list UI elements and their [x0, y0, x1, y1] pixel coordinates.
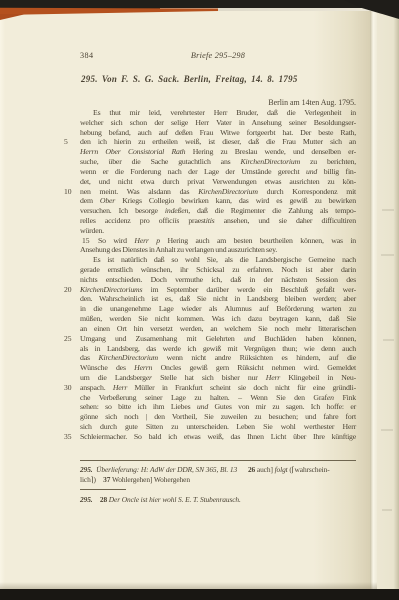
margin-line-number: 20	[64, 285, 77, 295]
letter-line: Herrn Ober Consistorial Rath Hering zu B…	[80, 147, 356, 157]
text-segment: itis	[206, 216, 215, 225]
text-segment: und	[306, 167, 317, 176]
text-segment: auch]	[255, 465, 274, 474]
letter-line: 5den ich hierin zu ertheilen weiß, ist d…	[80, 137, 356, 147]
text-segment: den ich hierin zu ertheilen weiß, ist di…	[80, 137, 356, 146]
letter-line: dem Ober Kriegs Collegio bewirken kann, …	[80, 196, 356, 206]
text-segment: in die unangenehme Lage wieder als Alumn…	[80, 304, 356, 313]
apparatus-notes: 295. Überlieferung: H: AdW der DDR, SN 3…	[80, 465, 356, 484]
text-segment: Klingebeil in Neu-	[280, 373, 356, 382]
text-segment: als in Landsberg, das werde ich gewiß mi…	[80, 344, 356, 353]
text-segment: anspach.	[80, 383, 113, 392]
letter-line: che Verbeßerung seiner Lage zu halten. –…	[80, 393, 356, 403]
text-segment: Herrn Ober Consistorial Rath	[80, 147, 185, 156]
text-segment: Hering auch am besten beurtheilen können…	[160, 236, 356, 245]
text-segment: relles accidenz pro offic	[80, 216, 172, 225]
text-segment: sich durch gute Sitten zu unterscheiden.…	[80, 422, 356, 431]
text-segment: Fink	[334, 393, 356, 402]
text-segment: nichts entschieden. Doch vermuthe ich, d…	[80, 275, 356, 284]
letter-line: das KirchenDirectorium wenn nicht andre …	[80, 353, 356, 363]
text-segment: den. Wahrscheinlich ist es, daß Sie nich…	[80, 294, 356, 303]
text-segment: So wird	[98, 236, 134, 245]
text-segment	[237, 465, 248, 474]
text-segment: KirchenDirectorium	[198, 187, 258, 196]
text-segment: (⌈wahrschein-	[288, 465, 330, 474]
text-segment: 295.	[80, 495, 93, 504]
text-segment: im September darüber werde ein Beschluß …	[142, 285, 356, 294]
text-segment: nen meint. Was alsdann das	[80, 187, 198, 196]
text-segment: Kriegs Collegio bewirken kann, das wird …	[115, 196, 356, 205]
text-segment: 28	[100, 495, 107, 504]
text-segment: an einen Ort hin versetzt werden, an wel…	[80, 324, 356, 333]
letter-line: an einen Ort hin versetzt werden, an wel…	[80, 324, 356, 334]
margin-line-number: 5	[64, 137, 77, 147]
letter-line: den. Wahrscheinlich ist es, daß Sie nich…	[80, 294, 356, 304]
letter-line: welcher sich schon der selige Herr Vater…	[80, 118, 356, 128]
next-page-edge	[377, 9, 399, 591]
book-photo: 384 Briefe 295–298 295. Von F. S. G. Sac…	[0, 0, 399, 600]
page-fore-edge	[370, 10, 377, 591]
letter-line: 25Umgang und Zusamenhang mit Gelehrten u…	[80, 334, 356, 344]
text-segment: versuchen. Ich besorge	[80, 206, 165, 215]
apparatus-line: lich⌉) 37 Wohlergehen] Wohergehen	[80, 475, 356, 485]
commentary-notes: 295. 28 Der Oncle ist hier wohl S. E. T.…	[80, 495, 356, 505]
text-segment: hebung befand, auch auf deßen Frau Witwe…	[80, 128, 356, 137]
text-segment: Umgang und Zusamenhang mit Gelehrten	[80, 334, 244, 343]
letter-line: Es ist natürlich daß so wohl Sie, als di…	[80, 255, 356, 265]
text-segment: gerade ernstlich wünschen, ihr Schicksal…	[80, 265, 356, 274]
letter-line: 15So wird Herr p Hering auch am besten b…	[80, 236, 356, 246]
text-segment: durch Korrespondenz mit	[258, 187, 356, 196]
text-segment: Schleiermacher. So bald ich etwas weiß, …	[80, 432, 356, 441]
text-segment: Herr	[113, 383, 127, 392]
letter-line: würden.	[80, 226, 356, 236]
letter-dateline: Berlin am 14ten Aug. 1795.	[80, 98, 356, 107]
letter-line: suche, über die Sache gutachtlich ans Ki…	[80, 157, 356, 167]
text-segment: Buchläden haben können,	[255, 334, 356, 343]
margin-line-number: 25	[64, 334, 77, 344]
page-bottom-shadow	[0, 582, 377, 589]
letter-line: hebung befand, auch auf deßen Frau Witwe…	[80, 128, 356, 138]
letter-line: Es thut mir leid, verehrtester Herr Brud…	[80, 108, 356, 118]
text-segment: Hering zu Breslau wende, und denselben e…	[185, 147, 356, 156]
showthrough-mark	[381, 429, 393, 431]
showthrough-mark	[382, 209, 394, 211]
text-segment: dem	[80, 196, 100, 205]
text-segment: zu berichten,	[300, 157, 356, 166]
apparatus-rule	[80, 460, 356, 461]
letter-line: Ansehung des Dienstes in Anhalt zu verla…	[80, 245, 356, 255]
text-segment: würden.	[80, 226, 104, 235]
letter-line: 30anspach. Herr Müller in Frankfurt sche…	[80, 383, 356, 393]
text-segment: Gutes von mir zu sagen. Ich hoffe: er	[208, 402, 356, 411]
text-segment: Es ist natürlich daß so wohl Sie, als di…	[93, 255, 356, 264]
letter-line: gönne sich noch | den Vortheil, Sie zuwe…	[80, 412, 356, 422]
text-segment: 295.	[80, 465, 93, 474]
text-segment: wenn nicht andre Rüksichten es hindern, …	[158, 353, 356, 362]
text-segment: KirchenDirectoriums	[80, 285, 142, 294]
text-segment: müßen, werden Sie nicht kommen. Was ich …	[80, 314, 356, 323]
letter-heading: 295. Von F. S. G. Sack. Berlin, Freitag,…	[81, 74, 357, 84]
text-segment: KirchenDirectorium	[98, 353, 158, 362]
bottom-mat	[0, 589, 399, 600]
text-segment: Wohlergehen] Wohergehen	[110, 475, 190, 484]
text-segment: ansehen, und sie daher difficultiren	[215, 216, 356, 225]
text-segment: sehen: so bitte ich ihm Liebes	[80, 402, 197, 411]
letter-body: Es thut mir leid, verehrtester Herr Brud…	[80, 108, 356, 442]
text-segment: en	[327, 393, 334, 402]
text-segment: Oncles gewiß gern Rüksicht nehmen wird. …	[152, 363, 356, 372]
margin-line-number: 35	[64, 432, 77, 442]
letter-line: 20KirchenDirectoriums im September darüb…	[80, 285, 356, 295]
text-segment: Ober	[100, 196, 115, 205]
text-segment: welcher sich schon der selige Herr Vater…	[80, 118, 356, 127]
letter-line: Wünsche des Herrn Oncles gewiß gern Rüks…	[80, 363, 356, 373]
letter-line: versuchen. Ich besorge indeßen, daß die …	[80, 206, 356, 216]
showthrough-mark	[381, 254, 394, 256]
letter-line: det, und nicht etwa durch privat Verwend…	[80, 177, 356, 187]
text-segment: und	[244, 334, 255, 343]
showthrough-mark	[382, 509, 392, 511]
text-segment: praest	[179, 216, 206, 225]
text-segment: Herr	[266, 373, 280, 382]
text-segment: gönne sich noch | den Vortheil, Sie zuwe…	[80, 412, 356, 421]
text-segment: und	[197, 402, 208, 411]
text-segment: , daß die Regimenter die Zahlung als tem…	[188, 206, 356, 215]
letter-line: um die Landsberger Stelle hat sich bishe…	[80, 373, 356, 383]
running-head: Briefe 295–298	[80, 51, 356, 61]
page-left-edge	[0, 11, 5, 589]
margin-line-number: 30	[64, 383, 77, 393]
text-segment: Stelle hat sich bisher nur	[152, 373, 266, 382]
text-segment: das	[80, 353, 98, 362]
letter-line: 35Schleiermacher. So bald ich etwas weiß…	[80, 432, 356, 442]
text-segment: lich⌉)	[80, 475, 96, 484]
margin-line-number: 15	[64, 236, 77, 246]
commentary-rule	[80, 489, 126, 490]
text-segment: det, und nicht etwa durch privat Verwend…	[80, 177, 356, 186]
text-segment: suche, über die Sache gutachtlich ans	[80, 157, 241, 166]
text-segment: Müller in Frankfurt scheint sie doch nic…	[127, 383, 356, 392]
text-segment: KirchenDirectorium	[241, 157, 301, 166]
letter-line: 10nen meint. Was alsdann das KirchenDire…	[80, 187, 356, 197]
text-segment: Ansehung des Dienstes in Anhalt zu verla…	[80, 245, 277, 254]
letter-line: wenn er die Forderung nach der Lage der …	[80, 167, 356, 177]
text-segment	[93, 495, 100, 504]
showthrough-mark	[383, 339, 394, 341]
text-segment: Überlieferung: H: AdW der DDR, SN 365, B…	[96, 465, 237, 474]
running-head-row: 384 Briefe 295–298	[80, 51, 356, 61]
text-segment: billig fin-	[317, 167, 356, 176]
text-segment: Wünsche des	[80, 363, 134, 372]
letter-line: sehen: so bitte ich ihm Liebes und Gutes…	[80, 402, 356, 412]
margin-line-number: 10	[64, 187, 77, 197]
text-segment: indeßen	[165, 206, 188, 215]
text-segment: che Verbeßerung seiner Lage zu halten. –…	[80, 393, 327, 402]
text-segment: Herr p	[134, 236, 160, 245]
text-segment: Der Oncle ist hier wohl S. E. T. Stubenr…	[109, 495, 241, 504]
text-segment: wenn er die Forderung nach der Lage der …	[80, 167, 306, 176]
letter-line: relles accidenz pro officiis praestitis …	[80, 216, 356, 226]
text-segment: um die Landsberg	[80, 373, 146, 382]
letter-line: müßen, werden Sie nicht kommen. Was ich …	[80, 314, 356, 324]
page-number: 384	[80, 51, 93, 61]
apparatus-line: 295. Überlieferung: H: AdW der DDR, SN 3…	[80, 465, 356, 475]
letter-line: als in Landsberg, das werde ich gewiß mi…	[80, 344, 356, 354]
text-segment: Es thut mir leid, verehrtester Herr Brud…	[93, 108, 356, 117]
text-segment: folgt	[275, 465, 288, 474]
letter-line: in die unangenehme Lage wieder als Alumn…	[80, 304, 356, 314]
letter-line: sich durch gute Sitten zu unterscheiden.…	[80, 422, 356, 432]
commentary-line: 295. 28 Der Oncle ist hier wohl S. E. T.…	[80, 495, 356, 505]
text-segment: Herrn	[134, 363, 152, 372]
letter-line: nichts entschieden. Doch vermuthe ich, d…	[80, 275, 356, 285]
letter-line: gerade ernstlich wünschen, ihr Schicksal…	[80, 265, 356, 275]
